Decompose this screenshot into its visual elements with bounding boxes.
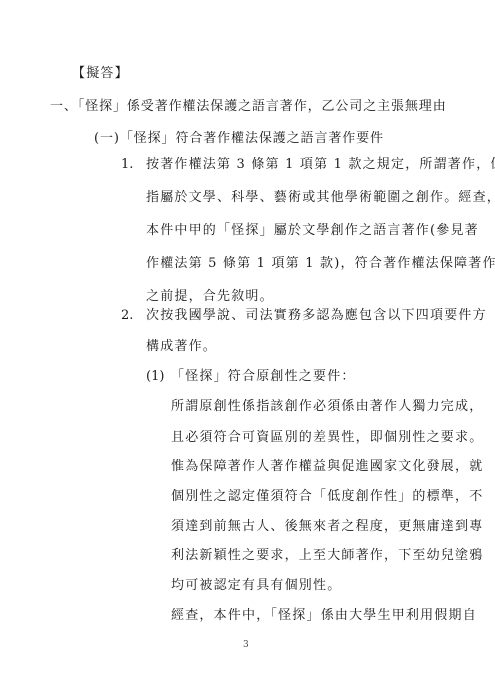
paragraph-line: 須達到前無古人、後無來者之程度，更無庸達到專 (171, 519, 483, 535)
answer-heading: 【擬答】 (72, 66, 129, 82)
item-2-line: 次按我國學說、司法實務多認為應包含以下四項要件方 (146, 308, 487, 324)
document-page: 【擬答】 一、「怪探」係受著作權法保護之語言著作，乙公司之主張無理由 (一)「怪… (0, 0, 495, 700)
item-1-line: 本件中甲的「怪探」屬於文學創作之語言著作(參見著 (146, 223, 479, 239)
paragraph-line: 所謂原創性係指該創作必須係由著作人獨力完成， (171, 399, 483, 415)
item-1-number: 1. (121, 157, 133, 173)
paragraph-line: 且必須符合可資區別的差異性，即個別性之要求。 (171, 430, 483, 446)
paragraph-line: 個別性之認定僅須符合「低度創作性」的標準，不 (171, 489, 483, 505)
item-1-line: 指屬於文學、科學、藝術或其他學術範圍之創作。經查， (146, 190, 495, 206)
paragraph-line: 惟為保障著作人著作權益與促進國家文化發展，就 (171, 459, 483, 475)
paragraph-line: 經查，本件中，「怪探」係由大學生甲利用假期自 (171, 608, 477, 624)
subsection-1-title: (一)「怪探」符合著作權法保護之語言著作要件 (94, 131, 384, 147)
subitem-1-title: 「怪探」符合原創性之要件： (171, 369, 356, 385)
paragraph-line: 利法新穎性之要求，上至大師著作，下至幼兒塗鴉 (171, 548, 483, 564)
paragraph-line: 均可被認定有具有個別性。 (171, 578, 341, 594)
item-1-line: 作權法第 5 條第 1 項第 1 款)，符合著作權法保障著作 (146, 256, 495, 272)
item-1-line: 按著作權法第 3 條第 1 項第 1 款之規定，所謂著作，係 (146, 157, 495, 173)
subitem-1-label: (1) (146, 369, 164, 385)
item-1-line: 之前提，合先敘明。 (146, 289, 274, 305)
page-number: 3 (243, 640, 249, 650)
item-2-number: 2. (121, 308, 133, 324)
item-2-line: 構成著作。 (146, 339, 217, 355)
section-1-title: 一、「怪探」係受著作權法保護之語言著作，乙公司之主張無理由 (50, 99, 447, 115)
